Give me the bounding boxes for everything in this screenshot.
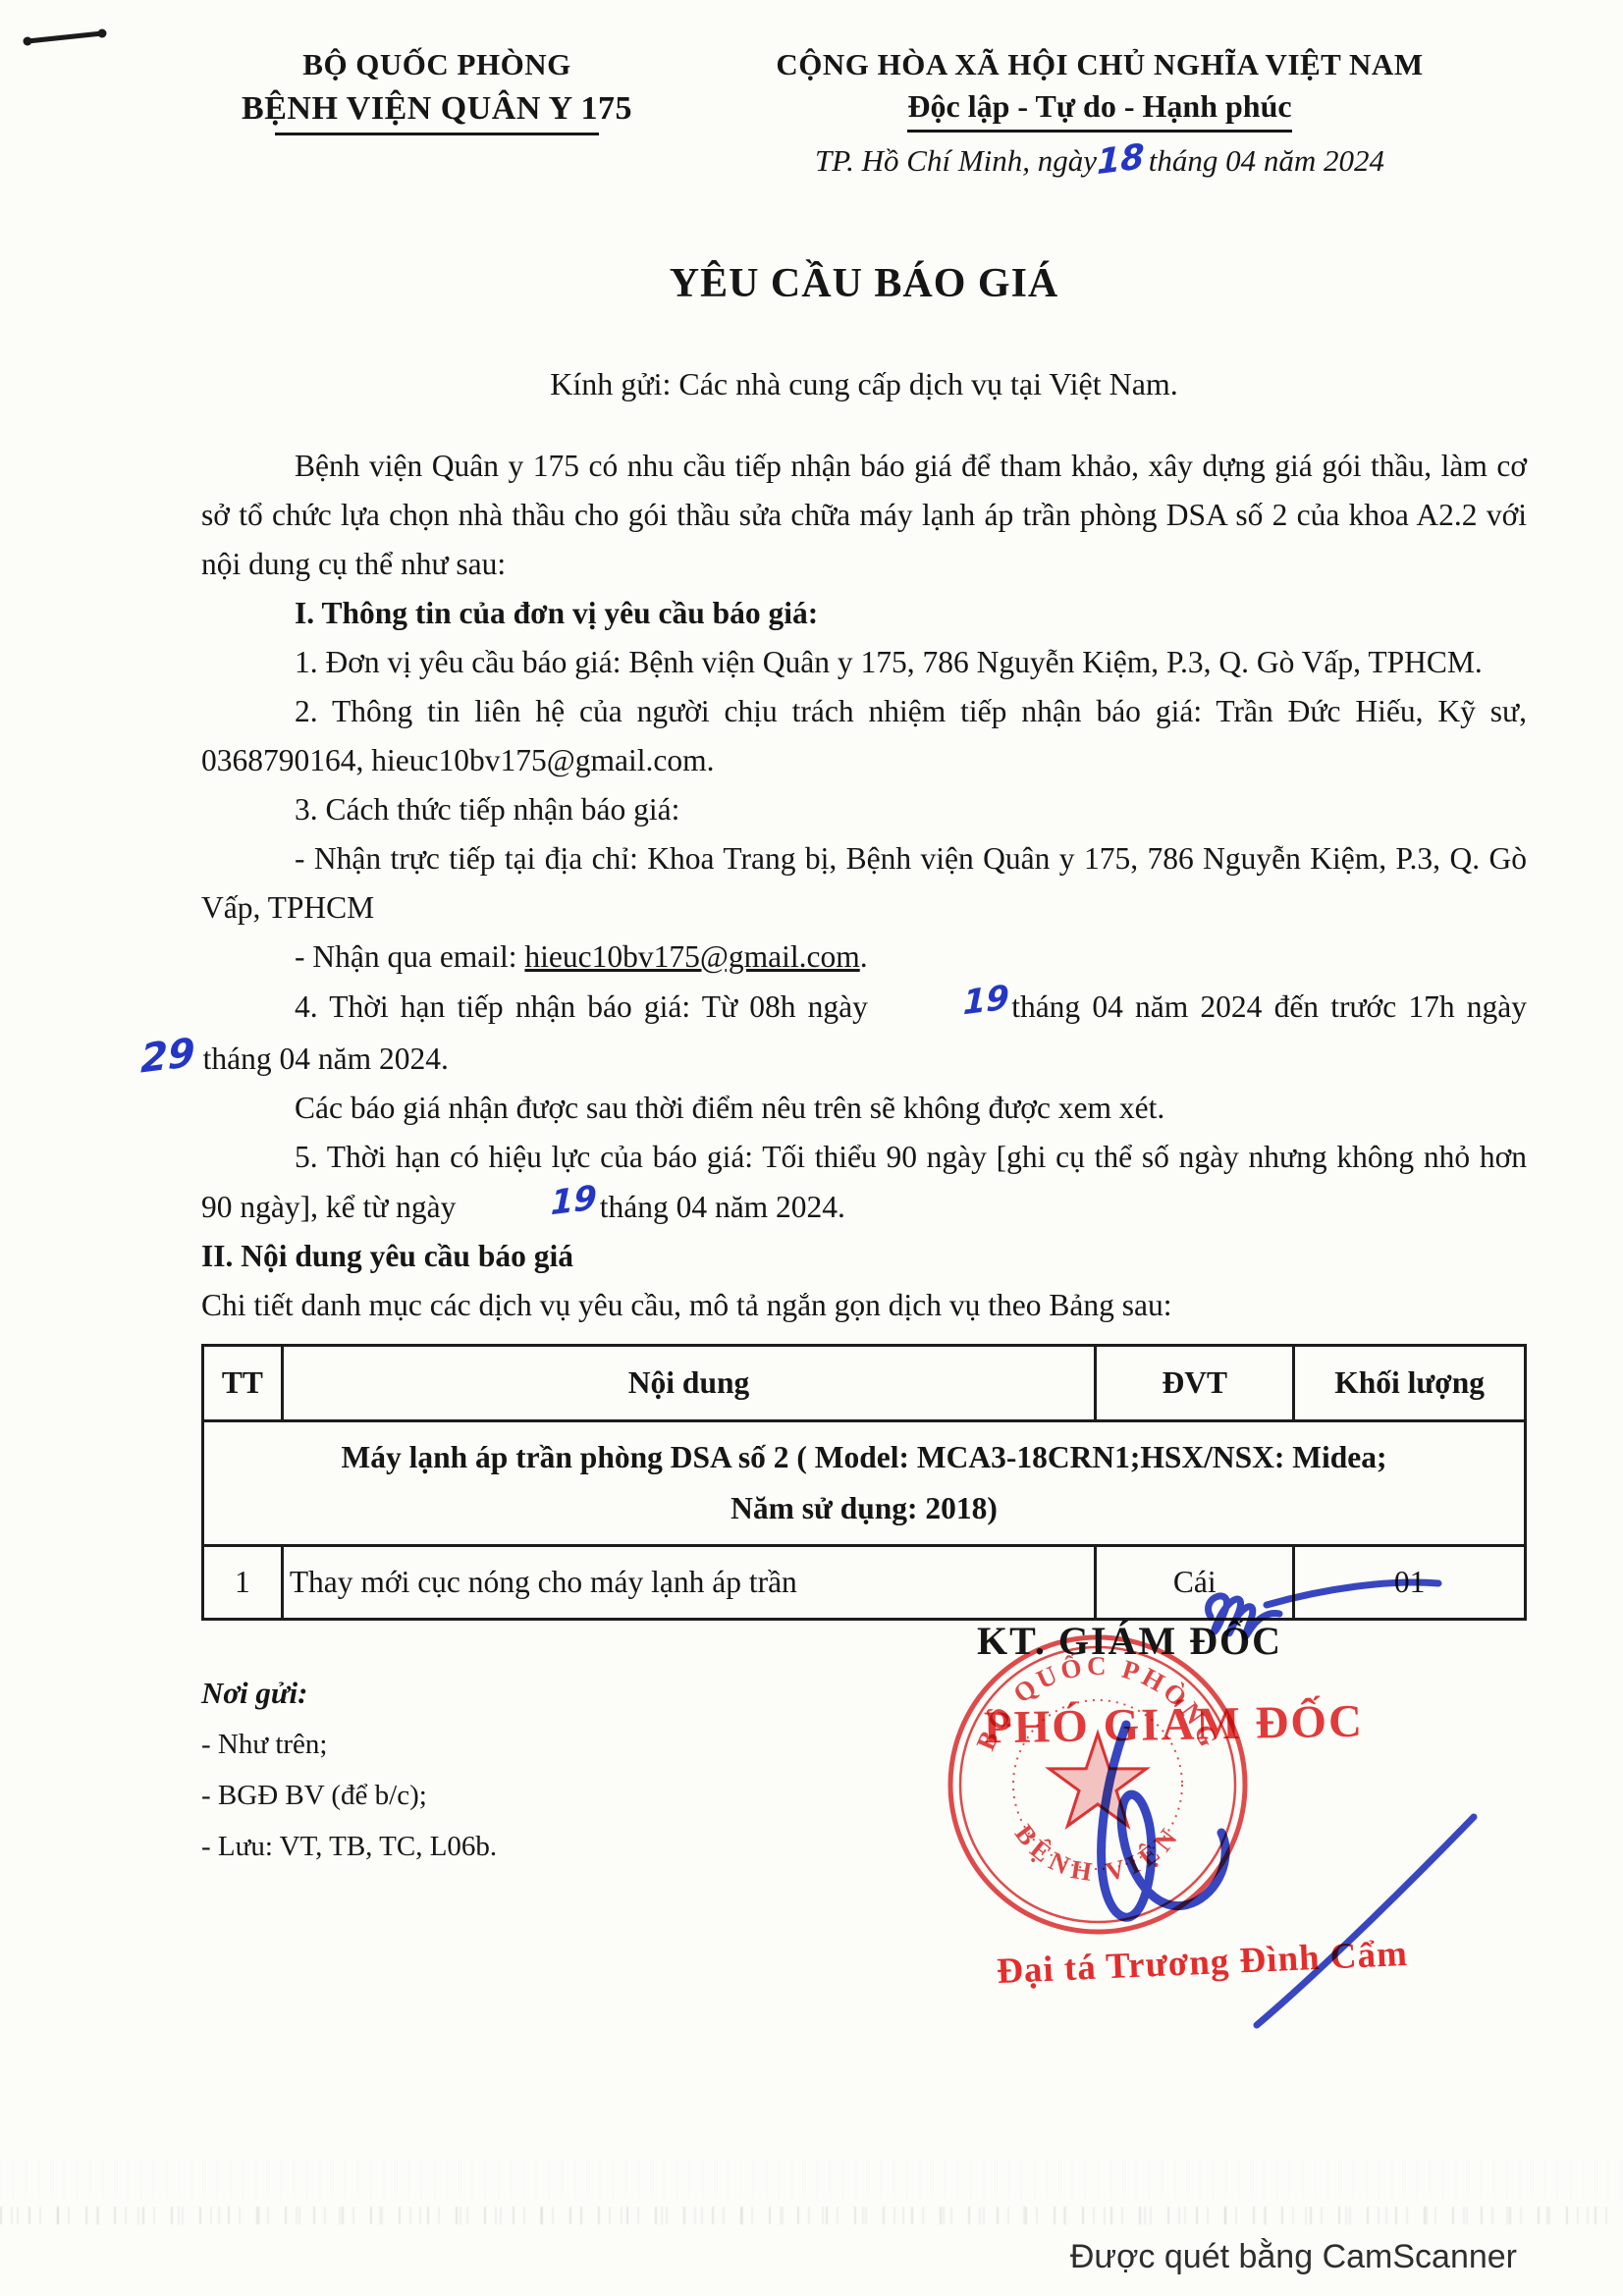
section-i-heading: I. Thông tin của đơn vị yêu cầu báo giá:: [201, 589, 1527, 638]
item-4-line2: 29tháng 04 năm 2024.: [201, 1032, 1527, 1084]
item-3: 3. Cách thức tiếp nhận báo giá:: [201, 785, 1527, 834]
handwritten-day-29: 29: [140, 1028, 195, 1084]
table-header-row: TT Nội dung ĐVT Khối lượng: [203, 1346, 1526, 1421]
date-line: TP. Hồ Chí Minh, ngày18tháng 04 năm 2024: [673, 140, 1527, 180]
col-tt: TT: [203, 1346, 283, 1421]
signature-ink: [967, 1556, 1517, 2086]
equipment-group-cell: Máy lạnh áp trần phòng DSA số 2 ( Model:…: [203, 1421, 1526, 1546]
equipment-group-line1: Máy lạnh áp trần phòng DSA số 2 ( Model:…: [224, 1432, 1504, 1483]
date-suffix: tháng 04 năm 2024: [1149, 143, 1384, 178]
signature-scribble-line: [1267, 1582, 1438, 1605]
org-parent: BỘ QUỐC PHÒNG: [201, 47, 673, 82]
item-3b: - Nhận qua email: hieuc10bv175@gmail.com…: [201, 933, 1527, 982]
scan-noise-band: [0, 2207, 1623, 2224]
item-2: 2. Thông tin liên hệ của người chịu trác…: [201, 687, 1527, 785]
salutation: Kính gửi: Các nhà cung cấp dịch vụ tại V…: [201, 366, 1527, 402]
pen-mark-artifact: [18, 20, 116, 53]
national-header-block: CỘNG HÒA XÃ HỘI CHỦ NGHĨA VIỆT NAM Độc l…: [673, 47, 1527, 180]
cell-tt: 1: [203, 1546, 283, 1620]
signature-flourish: [1257, 1817, 1474, 2025]
equipment-group-line2: Năm sử dụng: 2018): [224, 1483, 1504, 1534]
scan-noise-faint: [0, 2160, 1623, 2199]
intro-paragraph: Bệnh viện Quân y 175 có nhu cầu tiếp nhậ…: [201, 442, 1527, 589]
issuing-org-block: BỘ QUỐC PHÒNG BỆNH VIỆN QUÂN Y 175: [201, 47, 673, 180]
col-noi-dung: Nội dung: [282, 1346, 1095, 1421]
item-5: 5. Thời hạn có hiệu lực của báo giá: Tối…: [201, 1133, 1527, 1232]
national-title: CỘNG HÒA XÃ HỘI CHỦ NGHĨA VIỆT NAM: [673, 47, 1527, 82]
handwritten-day-19b: 19: [458, 1173, 597, 1240]
handwritten-day-18: 18: [1097, 137, 1145, 183]
doc-title: YÊU CẦU BÁO GIÁ: [201, 260, 1527, 307]
document-header: BỘ QUỐC PHÒNG BỆNH VIỆN QUÂN Y 175 CỘNG …: [201, 47, 1527, 180]
scanned-document-page: BỘ QUỐC PHÒNG BỆNH VIỆN QUÂN Y 175 CỘNG …: [0, 0, 1623, 2296]
item-3a: - Nhận trực tiếp tại địa chỉ: Khoa Trang…: [201, 834, 1527, 933]
section-ii-intro: Chi tiết danh mục các dịch vụ yêu cầu, m…: [201, 1281, 1527, 1330]
signature-main-stroke: [1102, 1725, 1226, 1917]
camscanner-footer: Được quét bằng CamScanner: [1070, 2238, 1517, 2276]
item-4-part1: 4. Thời hạn tiếp nhận báo giá: Từ 08h ng…: [295, 989, 868, 1024]
item-3b-prefix: - Nhận qua email:: [295, 939, 524, 974]
item-5-part1: 5. Thời hạn có hiệu lực của báo giá: Tối…: [201, 1140, 1527, 1224]
late-quote-note: Các báo giá nhận được sau thời điểm nêu …: [201, 1084, 1527, 1133]
org-name: BỆNH VIỆN QUÂN Y 175: [201, 90, 673, 128]
document-body: Bệnh viện Quân y 175 có nhu cầu tiếp nhậ…: [201, 442, 1527, 1330]
col-khoi-luong: Khối lượng: [1294, 1346, 1526, 1421]
org-underline: [275, 133, 599, 135]
item-5-part2: tháng 04 năm 2024.: [600, 1190, 845, 1224]
equipment-group-row: Máy lạnh áp trần phòng DSA số 2 ( Model:…: [203, 1421, 1526, 1546]
item-3b-suffix: .: [860, 939, 868, 974]
email-underlined: hieuc10bv175@gmail.com: [524, 939, 859, 974]
date-prefix: TP. Hồ Chí Minh, ngày: [815, 143, 1097, 178]
section-ii-heading: II. Nội dung yêu cầu báo giá: [201, 1232, 1527, 1281]
col-dvt: ĐVT: [1096, 1346, 1294, 1421]
national-motto: Độc lập - Tự do - Hạnh phúc: [907, 88, 1291, 133]
item-4-part2: tháng 04 năm 2024 đến trước 17h ngày: [1011, 989, 1527, 1024]
item-4-part3: tháng 04 năm 2024.: [203, 1041, 449, 1076]
item-4-line1: 4. Thời hạn tiếp nhận báo giá: Từ 08h ng…: [201, 982, 1527, 1032]
item-1: 1. Đơn vị yêu cầu báo giá: Bệnh viện Quâ…: [201, 638, 1527, 687]
handwritten-day-19a: 19: [870, 973, 1009, 1040]
